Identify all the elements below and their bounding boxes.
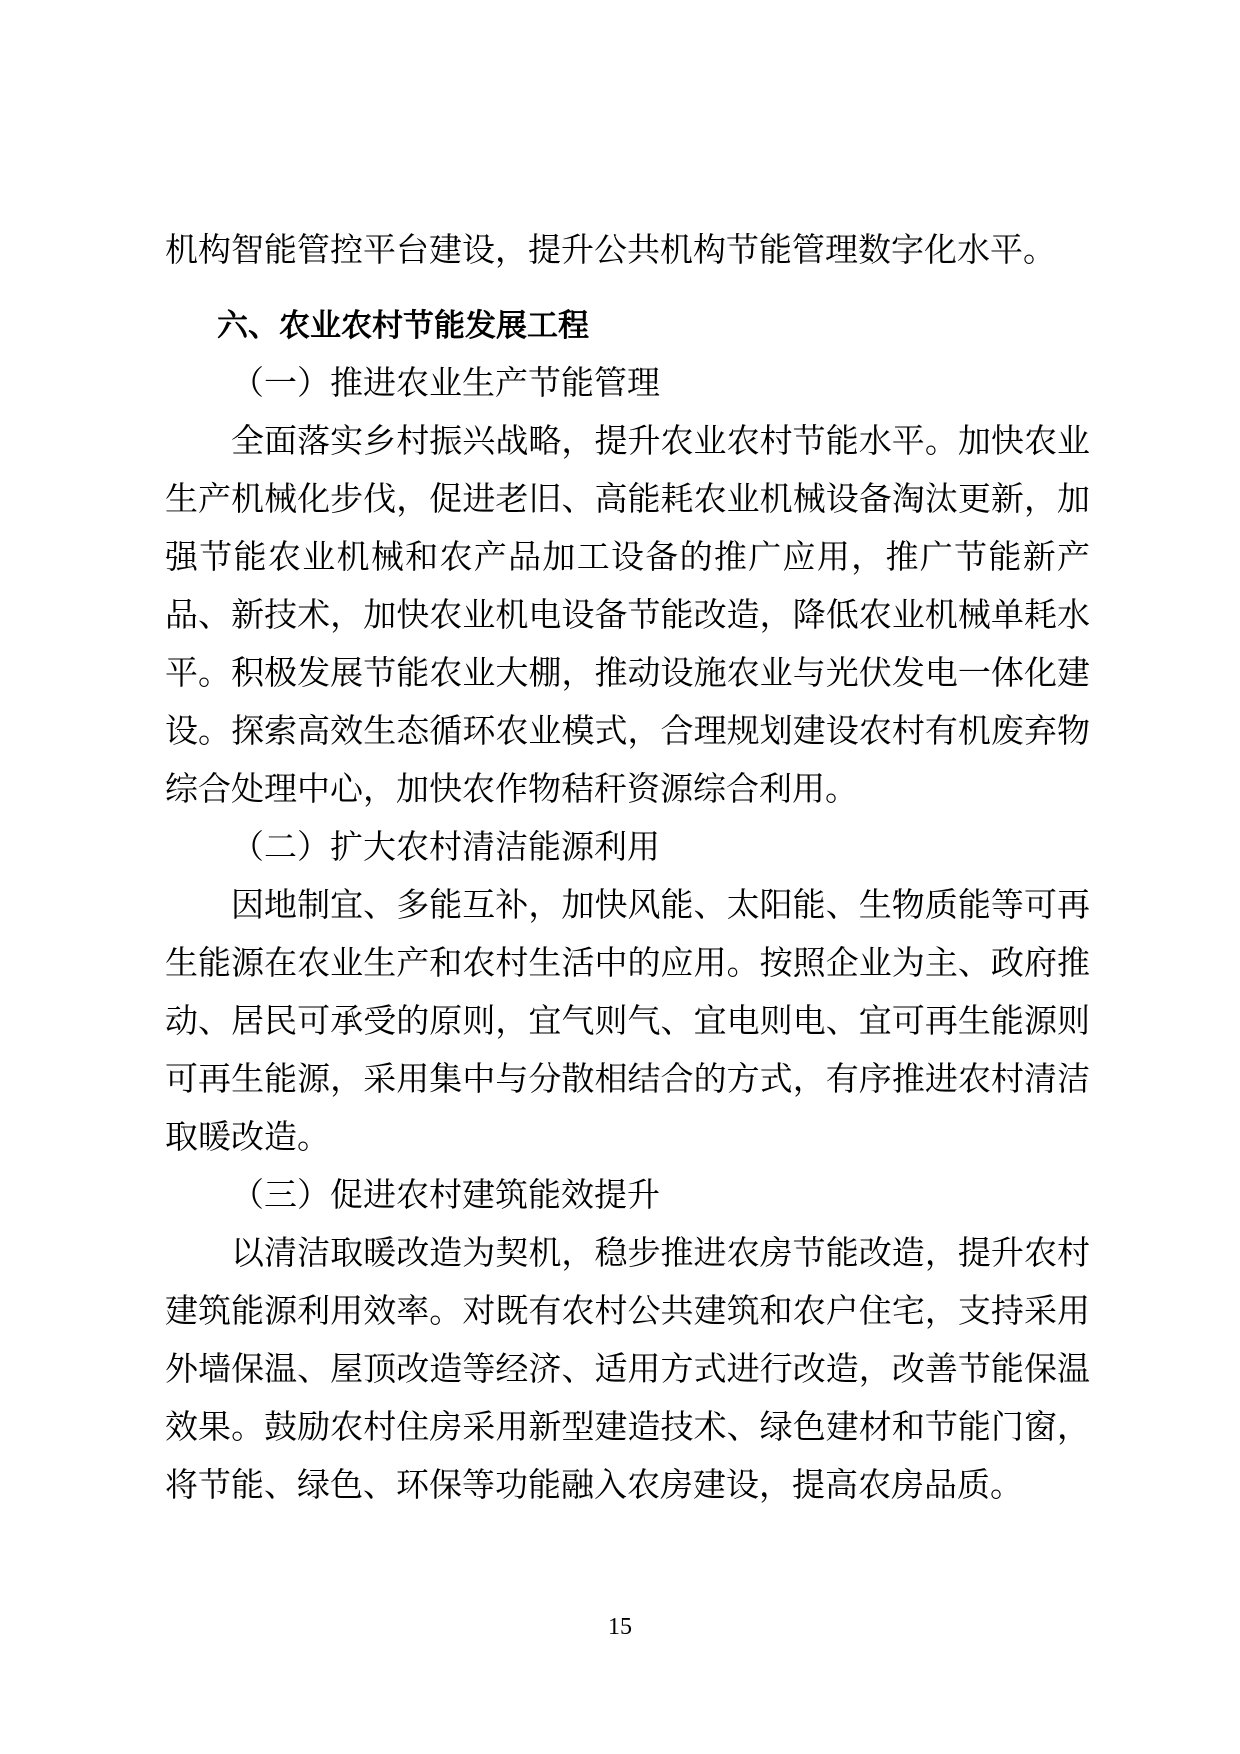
continuation-paragraph: 机构智能管控平台建设，提升公共机构节能管理数字化水平。 [165,222,1090,280]
page-number: 15 [0,1612,1240,1642]
subsection-3-heading: （三）促进农村建筑能效提升 [165,1167,1090,1225]
subsection-3-paragraph: 以清洁取暖改造为契机，稳步推进农房节能改造，提升农村建筑能源利用效率。对既有农村… [165,1225,1090,1515]
page-content: 机构智能管控平台建设，提升公共机构节能管理数字化水平。 六、农业农村节能发展工程… [165,222,1090,1515]
subsection-1-paragraph: 全面落实乡村振兴战略，提升农业农村节能水平。加快农业生产机械化步伐，促进老旧、高… [165,413,1090,819]
subsection-2-paragraph: 因地制宜、多能互补，加快风能、太阳能、生物质能等可再生能源在农业生产和农村生活中… [165,877,1090,1167]
subsection-2-heading: （二）扩大农村清洁能源利用 [165,819,1090,877]
document-page: 机构智能管控平台建设，提升公共机构节能管理数字化水平。 六、农业农村节能发展工程… [0,0,1240,1754]
section-heading: 六、农业农村节能发展工程 [165,297,1090,355]
subsection-1-heading: （一）推进农业生产节能管理 [165,355,1090,413]
